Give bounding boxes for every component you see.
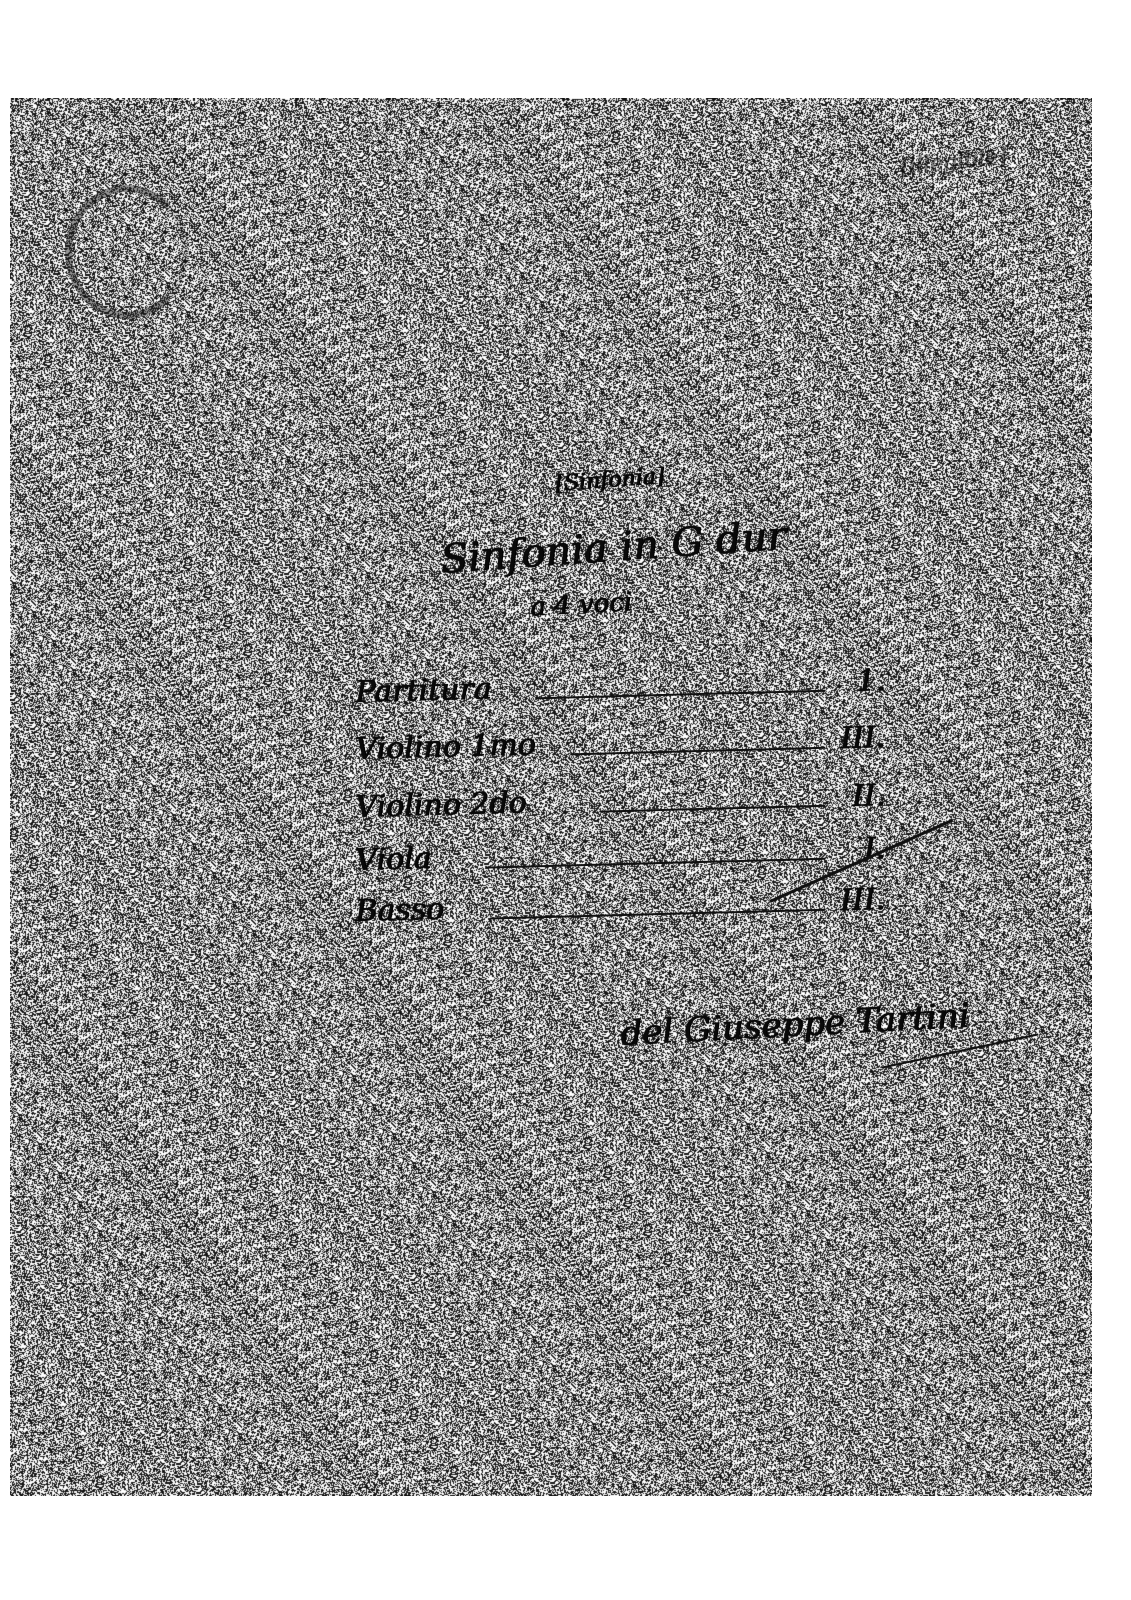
leader-line <box>490 909 825 920</box>
part-count: 1. <box>856 663 886 699</box>
part-count: III. <box>839 720 885 756</box>
part-count: III. <box>839 882 885 918</box>
part-name: Basso <box>355 892 445 929</box>
leader-line <box>570 747 825 756</box>
part-name: Partitura <box>355 672 492 711</box>
leader-line <box>535 690 825 700</box>
work-subtitle: a 4 voci <box>529 587 632 622</box>
part-count: II. <box>851 778 885 814</box>
part-name: Violino 1mo <box>355 727 536 767</box>
leader-line <box>600 805 825 813</box>
leader-line <box>485 858 825 869</box>
part-name: Violino 2do <box>355 786 527 825</box>
part-name: Viola <box>355 841 432 878</box>
library-stamp-icon <box>65 185 189 319</box>
